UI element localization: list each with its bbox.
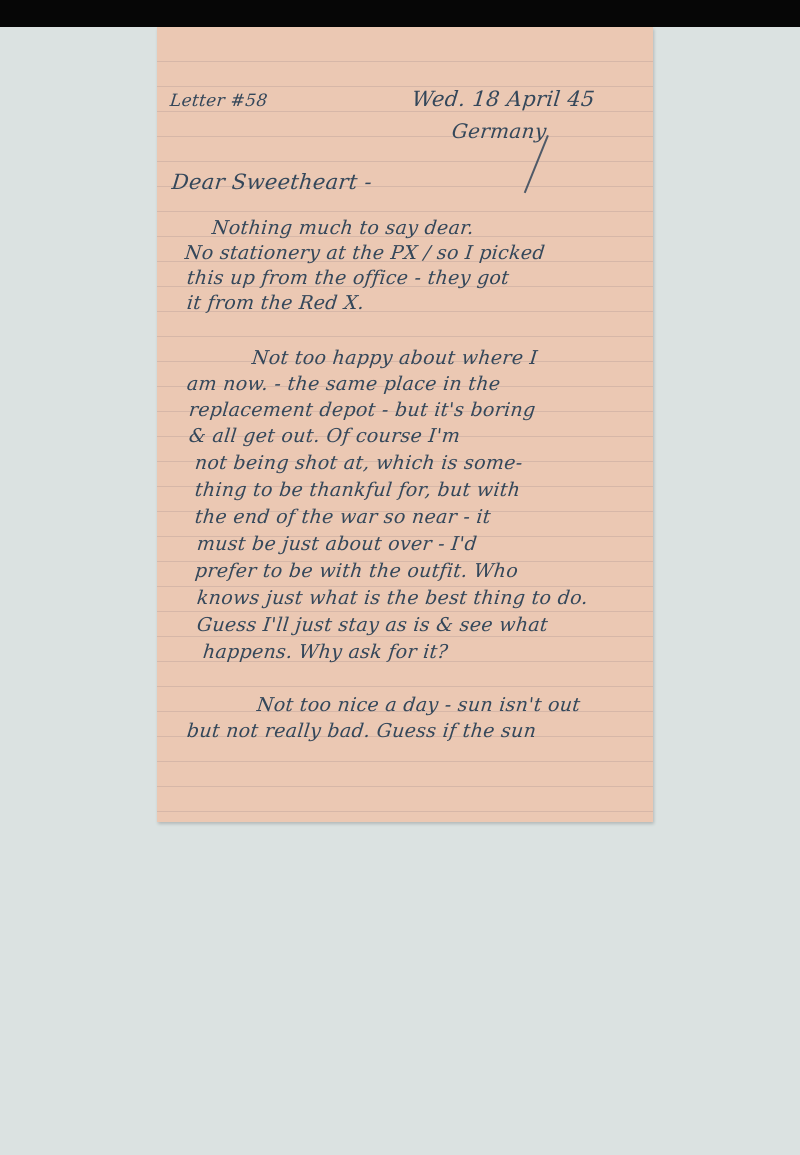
body-line: knows just what is the best thing to do. [196, 587, 589, 609]
body-line: this up from the office - they got [186, 267, 511, 289]
body-line: am now. - the same place in the [186, 373, 502, 395]
body-line: Not too happy about where I [251, 347, 539, 369]
body-line: No stationery at the PX / so I picked [184, 242, 546, 264]
body-line: but not really bad. Guess if the sun [186, 720, 538, 742]
letter-page: Letter #58 Wed. 18 April 45 Germany Dear… [157, 27, 653, 822]
scanner-top-band [0, 0, 800, 27]
letter-number: Letter #58 [169, 91, 269, 111]
body-line: Not too nice a day - sun isn't out [256, 694, 582, 716]
letter-date: Wed. 18 April 45 [411, 87, 596, 111]
body-line: Nothing much to say dear. [211, 217, 475, 239]
body-line: replacement depot - but it's boring [188, 399, 537, 421]
body-line: happens. Why ask for it? [202, 641, 449, 663]
body-line: thing to be thankful for, but with [194, 479, 522, 501]
body-line: the end of the war so near - it [194, 506, 492, 528]
body-line: must be just about over - I'd [196, 533, 478, 555]
greeting: Dear Sweetheart - [171, 170, 374, 194]
body-line: it from the Red X. [186, 292, 366, 314]
body-line: prefer to be with the outfit. Who [194, 560, 519, 582]
body-line: Guess I'll just stay as is & see what [196, 614, 549, 636]
pen-stroke-decoration [524, 135, 549, 193]
body-line: & all get out. Of course I'm [188, 425, 461, 447]
body-line: not being shot at, which is some- [194, 452, 524, 474]
letter-place: Germany [451, 119, 548, 143]
